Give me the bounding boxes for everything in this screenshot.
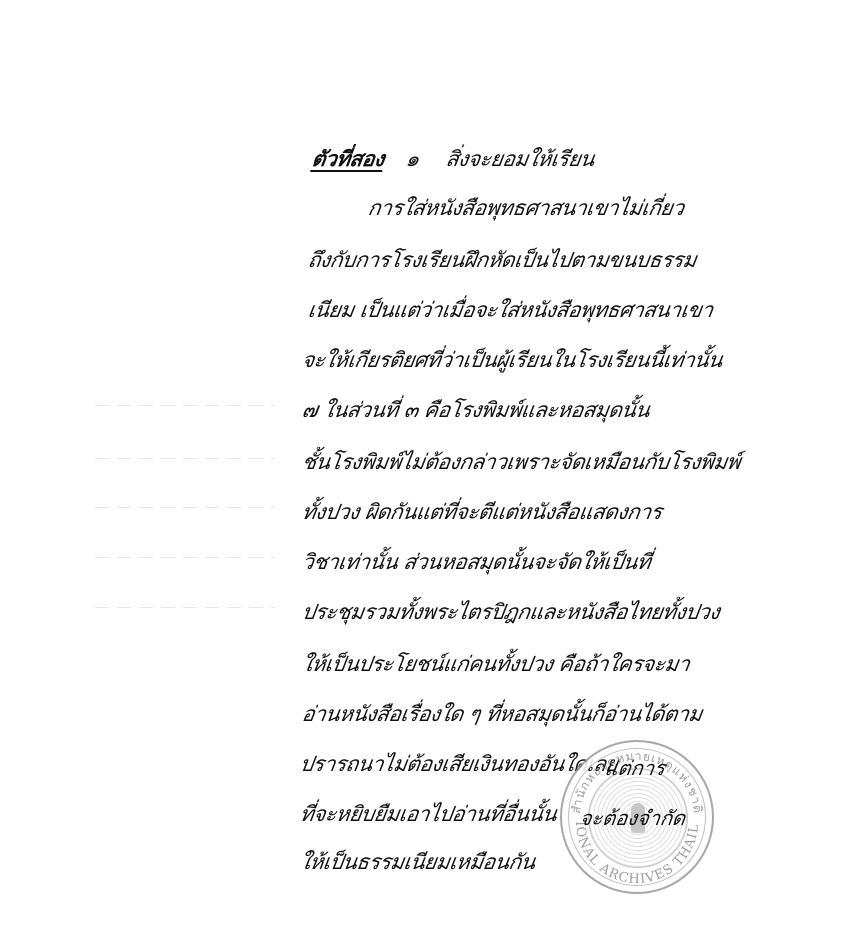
manuscript-line: วิชาเท่านั้น ส่วนหอสมุดนั้นจะจัดให้เป็นท… [301,552,652,573]
manuscript-line: ให้เป็นประโยชน์แก่คนทั้งปวง คือถ้าใครจะม… [301,654,691,675]
manuscript-line: ชั้นโรงพิมพ์ไม่ต้องกล่าวเพราะจัดเหมือนกั… [301,452,742,473]
ruled-line [95,458,275,459]
manuscript-line: ประชุมรวมทั้งพระไตรปิฎกและหนังสือไทยทั้ง… [301,602,721,623]
ruled-line [95,557,275,558]
ruled-line [95,607,275,608]
manuscript-line: จะให้เกียรติยศที่ว่าเป็นผู้เรียนในโรงเรี… [301,350,724,371]
manuscript-line: ทั้งปวง ผิดกันแต่ที่จะตีแต่หนังสือแสดงกา… [301,502,663,523]
manuscript-line: อ่านหนังสือเรื่องใด ๆ ที่หอสมุดนั้นก็อ่า… [301,704,704,725]
heading-number: ๑ [404,149,447,170]
section-heading: ตัวที่สอง๑สิ่งจะยอมให้เรียน [310,148,595,170]
manuscript-line: ถึงกับการโรงเรียนฝึกหัดเป็นไปตามขนบธรรม [307,250,698,271]
manuscript-line: ที่จะหยิบยืมเอาไปอ่านที่อื่นนั้น [299,804,558,825]
manuscript-line: เนียม เป็นแต่ว่าเมื่อจะใส่หนังสือพุทธศาส… [307,300,715,321]
heading-title: สิ่งจะยอมให้เรียน [444,149,595,170]
heading-label: ตัวที่สอง [311,148,386,169]
manuscript-line: การใส่หนังสือพุทธศาสนาเขาไม่เกี่ยว [367,198,686,219]
manuscript-line: ๗ ในส่วนที่ ๓ คือโรงพิมพ์และหอสมุดนั้น [301,400,651,421]
stamp-overlap-text: จะต้องจำกัด [578,802,688,834]
manuscript-page: ตัวที่สอง๑สิ่งจะยอมให้เรียน การใส่หนังสื… [0,0,865,945]
manuscript-line: ให้เป็นธรรมเนียมเหมือนกัน [299,852,537,873]
stamp-overlap-text: แต่การ [603,752,667,784]
ruled-line [95,507,275,508]
ruled-line [95,405,275,406]
